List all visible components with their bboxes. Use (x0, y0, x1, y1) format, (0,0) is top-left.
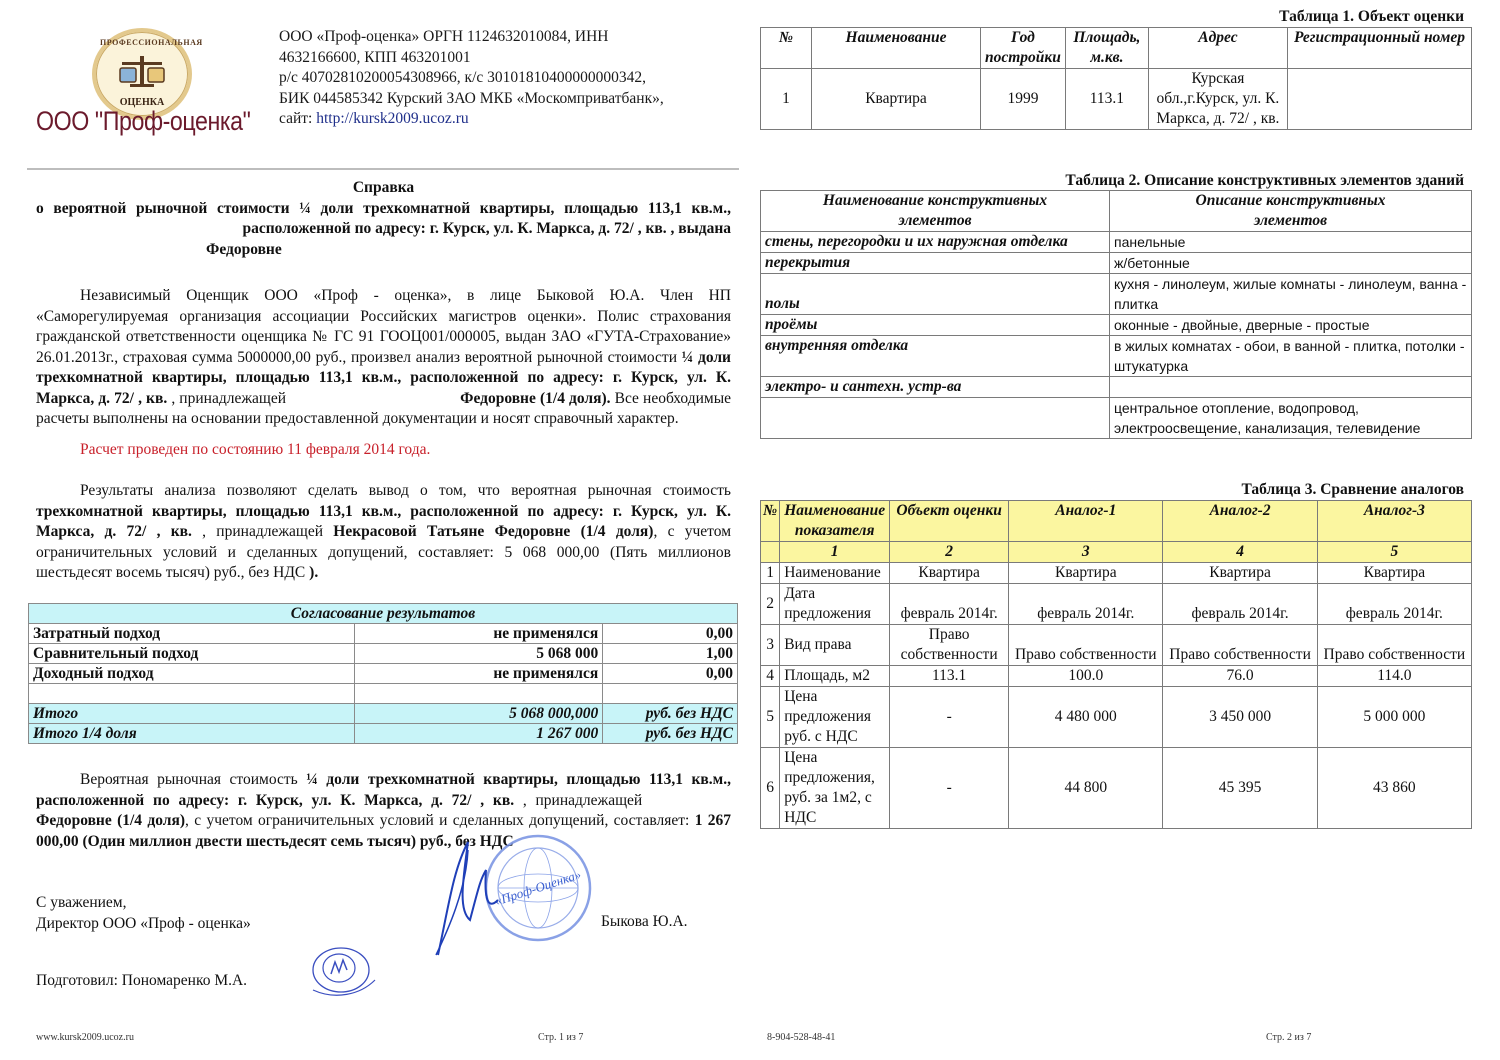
construction-table: Наименование конструктивных элементов Оп… (760, 190, 1472, 439)
cell: внутренняя отделка (761, 336, 1110, 377)
table-header-row: Наименование конструктивных элементов Оп… (761, 191, 1472, 232)
cell: 1 267 000 (355, 724, 603, 744)
company-info-line: 4632166600, КПП 463201001 (279, 48, 739, 69)
prepared-by: Подготовил: Пономаренко М.А. (36, 972, 247, 990)
table-row: электро- и сантехн. устр-ва (761, 377, 1472, 398)
cell: 4 (761, 666, 780, 687)
total-row: Итого 1/4 доля 1 267 000 руб. без НДС (29, 724, 738, 744)
table-row: стены, перегородки и их наружная отделка… (761, 232, 1472, 253)
cell: Квартира (1317, 563, 1471, 584)
cell: 3 450 000 (1163, 687, 1317, 748)
certificate-title-block: Справка о вероятной рыночной стоимости ¼… (36, 178, 731, 260)
cell: 113.1 (890, 666, 1009, 687)
table2-caption: Таблица 2. Описание конструктивных элеме… (1065, 172, 1464, 190)
object-table: № Наименование Год постройки Площадь, м.… (760, 27, 1472, 130)
emblem-top-text: ПРОФЕССИОНАЛЬНАЯ (100, 38, 184, 47)
cell: Квартира (1163, 563, 1317, 584)
cell: в жилых комнатах - обои, в ванной - плит… (1110, 336, 1472, 377)
cell: 113.1 (1065, 69, 1148, 130)
table-row: проёмыоконные - двойные, дверные - прост… (761, 315, 1472, 336)
intro-paragraph: Независимый Оценщик ООО «Проф - оценка»,… (36, 286, 731, 430)
cell: февраль 2014г. (1317, 584, 1471, 625)
cell: февраль 2014г. (1163, 584, 1317, 625)
cell: 44 800 (1009, 748, 1163, 829)
column-header: Наименование показателя (780, 501, 890, 542)
cell: 0,00 (603, 624, 738, 644)
cell: 2 (761, 584, 780, 625)
cell: руб. без НДС (603, 704, 738, 724)
results-table: Согласование результатов Затратный подхо… (28, 603, 738, 744)
logo-company-name: ООО "Проф-оценка" (36, 106, 250, 137)
cell: Наименование (780, 563, 890, 584)
column-header: Год постройки (981, 28, 1066, 69)
column-header: Наименование (812, 28, 981, 69)
footer-site: www.kursk2009.ucoz.ru (36, 1032, 134, 1043)
cell: Цена предложения руб. с НДС (780, 687, 890, 748)
signature-block: С уважением, Директор ООО «Проф - оценка… (36, 893, 251, 934)
analogs-table: № Наименование показателя Объект оценки … (760, 500, 1472, 829)
table-row: 2 Дата предложения февраль 2014г. феврал… (761, 584, 1472, 625)
cell: - (890, 687, 1009, 748)
table-row: 4 Площадь, м2 113.1 100.0 76.0 114.0 (761, 666, 1472, 687)
footer-page-number: Стр. 1 из 7 (538, 1032, 583, 1043)
table-row: Доходный подход не применялся 0,00 (29, 664, 738, 684)
cell: 114.0 (1317, 666, 1471, 687)
cell: 2 (890, 542, 1009, 563)
cell (355, 684, 603, 704)
company-logo: ПРОФЕССИОНАЛЬНАЯ ОЦЕНКА ООО "Проф-оценка… (30, 22, 270, 152)
table1-caption: Таблица 1. Объект оценки (1279, 8, 1464, 26)
cell: 5 068 000,000 (355, 704, 603, 724)
initials-signature-icon (305, 940, 385, 1010)
cell: кухня - линолеум, жилые комнаты - линоле… (1110, 274, 1472, 315)
stamp-signature-icon: «Проф-Оценка» (408, 830, 608, 960)
text-run: Результаты анализа позволяют сделать выв… (80, 482, 731, 499)
table-row: 1 Квартира 1999 113.1 Курская обл.,г.Кур… (761, 69, 1472, 130)
column-header: № (761, 28, 812, 69)
text-run: , с учетом ограничительных условий и сде… (185, 812, 695, 829)
certificate-title: Справка (36, 178, 731, 199)
cell: - (890, 748, 1009, 829)
cell: центральное отопление, водопровод, элект… (1110, 398, 1472, 439)
table-row: Сравнительный подход 5 068 000 1,00 (29, 644, 738, 664)
cell: 1999 (981, 69, 1066, 130)
footer-phone: 8-904-528-48-41 (767, 1032, 835, 1043)
table-row: 1 Наименование Квартира Квартира Квартир… (761, 563, 1472, 584)
column-header: Объект оценки (890, 501, 1009, 542)
cell: полы (761, 274, 1110, 315)
header-divider (27, 168, 739, 170)
company-info-line: БИК 044585342 Курский ЗАО МКБ «Москомпри… (279, 89, 739, 110)
cell: Сравнительный подход (29, 644, 355, 664)
cell: 76.0 (1163, 666, 1317, 687)
cell: не применялся (355, 664, 603, 684)
calculation-date: Расчет проведен по состоянию 11 февраля … (80, 440, 775, 461)
column-header: Адрес (1148, 28, 1287, 69)
table-row: центральное отопление, водопровод, элект… (761, 398, 1472, 439)
table3-caption: Таблица 3. Сравнение аналогов (1241, 481, 1464, 499)
cell: 45 395 (1163, 748, 1317, 829)
text-run: , принадлежащей (192, 523, 333, 540)
cell: Право собственности (1317, 625, 1471, 666)
column-header: Регистрационный номер (1287, 28, 1471, 69)
cell: 4 480 000 (1009, 687, 1163, 748)
column-header: Наименование конструктивных элементов (761, 191, 1110, 232)
cell: 5 (761, 687, 780, 748)
cell: Квартира (812, 69, 981, 130)
company-info-line: р/с 40702810200054308966, к/с 3010181040… (279, 68, 739, 89)
cell: 0,00 (603, 664, 738, 684)
cell: 3 (1009, 542, 1163, 563)
cell: ж/бетонные (1110, 253, 1472, 274)
cell: электро- и сантехн. устр-ва (761, 377, 1110, 398)
column-header: Площадь, м.кв. (1065, 28, 1148, 69)
cell: не применялся (355, 624, 603, 644)
site-label: сайт: (279, 110, 316, 127)
cell: Итого 1/4 доля (29, 724, 355, 744)
cell: проёмы (761, 315, 1110, 336)
cell: 6 (761, 748, 780, 829)
text-run: , принадлежащей (171, 390, 290, 407)
cell (761, 398, 1110, 439)
cell: перекрытия (761, 253, 1110, 274)
cell: оконные - двойные, дверные - простые (1110, 315, 1472, 336)
site-link[interactable]: http://kursk2009.ucoz.ru (316, 110, 468, 127)
cell: Квартира (1009, 563, 1163, 584)
cell: Курская обл.,г.Курск, ул. К. Маркса, д. … (1148, 69, 1287, 130)
company-details: ООО «Проф-оценка» ОРГН 1124632010084, ИН… (279, 27, 739, 130)
scales-icon (118, 54, 166, 88)
cell: 4 (1163, 542, 1317, 563)
signer-position: Директор ООО «Проф - оценка» (36, 914, 251, 935)
certificate-subtitle: о вероятной рыночной стоимости ¼ доли тр… (36, 199, 731, 240)
text-run-bold: ). (309, 564, 318, 581)
table-header-row: № Наименование показателя Объект оценки … (761, 501, 1472, 542)
page-2: Таблица 1. Объект оценки № Наименование … (750, 0, 1500, 1060)
cell: Площадь, м2 (780, 666, 890, 687)
cell (29, 684, 355, 704)
column-header: Аналог-2 (1163, 501, 1317, 542)
footer-page-number: Стр. 2 из 7 (1266, 1032, 1311, 1043)
final-paragraph: Вероятная рыночная стоимость ¼ доли трех… (36, 770, 731, 852)
cell: Вид права (780, 625, 890, 666)
cell: 3 (761, 625, 780, 666)
text-run-bold: Федоровне (1/4 доля) (36, 812, 185, 829)
text-run-bold: Некрасовой Татьяне Федоровне (1/4 доля) (333, 523, 653, 540)
cell: Право собственности (1163, 625, 1317, 666)
cell: 43 860 (1317, 748, 1471, 829)
table-row: перекрытияж/бетонные (761, 253, 1472, 274)
table-row: 5 Цена предложения руб. с НДС - 4 480 00… (761, 687, 1472, 748)
cell (1110, 377, 1472, 398)
cell: 1 (761, 563, 780, 584)
table-row (29, 684, 738, 704)
cell: Квартира (890, 563, 1009, 584)
signer-name: Быкова Ю.А. (601, 913, 688, 931)
cell: стены, перегородки и их наружная отделка (761, 232, 1110, 253)
column-header: Описание конструктивных элементов (1110, 191, 1472, 232)
text-run: , принадлежащей (523, 792, 651, 809)
table-row: полыкухня - линолеум, жилые комнаты - ли… (761, 274, 1472, 315)
text-run: Вероятная рыночная стоимость (80, 771, 306, 788)
company-info-line: ООО «Проф-оценка» ОРГН 1124632010084, ИН… (279, 27, 739, 48)
cell: Затратный подход (29, 624, 355, 644)
cell: Право собственности (1009, 625, 1163, 666)
cell: 1 (780, 542, 890, 563)
cell: февраль 2014г. (1009, 584, 1163, 625)
table-header-row: № Наименование Год постройки Площадь, м.… (761, 28, 1472, 69)
cell (1287, 69, 1471, 130)
column-number-row: 1 2 3 4 5 (761, 542, 1472, 563)
table-row: внутренняя отделкав жилых комнатах - обо… (761, 336, 1472, 377)
cell: Дата предложения (780, 584, 890, 625)
cell: панельные (1110, 232, 1472, 253)
column-header: Аналог-1 (1009, 501, 1163, 542)
certificate-subtitle-tail: Федоровне (36, 240, 731, 261)
regards-text: С уважением, (36, 893, 251, 914)
cell: руб. без НДС (603, 724, 738, 744)
cell: Доходный подход (29, 664, 355, 684)
cell: 5 (1317, 542, 1471, 563)
cell (603, 684, 738, 704)
total-row: Итого 5 068 000,000 руб. без НДС (29, 704, 738, 724)
result-paragraph: Результаты анализа позволяют сделать выв… (36, 481, 731, 584)
cell: февраль 2014г. (890, 584, 1009, 625)
cell: Цена предложения, руб. за 1м2, с НДС (780, 748, 890, 829)
table-row: Затратный подход не применялся 0,00 (29, 624, 738, 644)
table-row: 6 Цена предложения, руб. за 1м2, с НДС -… (761, 748, 1472, 829)
cell: 5 068 000 (355, 644, 603, 664)
cell: 1 (761, 69, 812, 130)
results-table-title: Согласование результатов (29, 604, 738, 624)
table-row: 3 Вид права Право собственности Право со… (761, 625, 1472, 666)
cell: Итого (29, 704, 355, 724)
cell: 5 000 000 (1317, 687, 1471, 748)
cell: Право собственности (890, 625, 1009, 666)
text-run-bold: Федоровне (1/4 доля). (460, 390, 610, 407)
page-1: ПРОФЕССИОНАЛЬНАЯ ОЦЕНКА ООО "Проф-оценка… (0, 0, 750, 1060)
column-header: Аналог-3 (1317, 501, 1471, 542)
cell (761, 542, 780, 563)
text-run: Независимый Оценщик ООО «Проф - оценка»,… (36, 287, 731, 366)
cell: 100.0 (1009, 666, 1163, 687)
column-header: № (761, 501, 780, 542)
cell: 1,00 (603, 644, 738, 664)
